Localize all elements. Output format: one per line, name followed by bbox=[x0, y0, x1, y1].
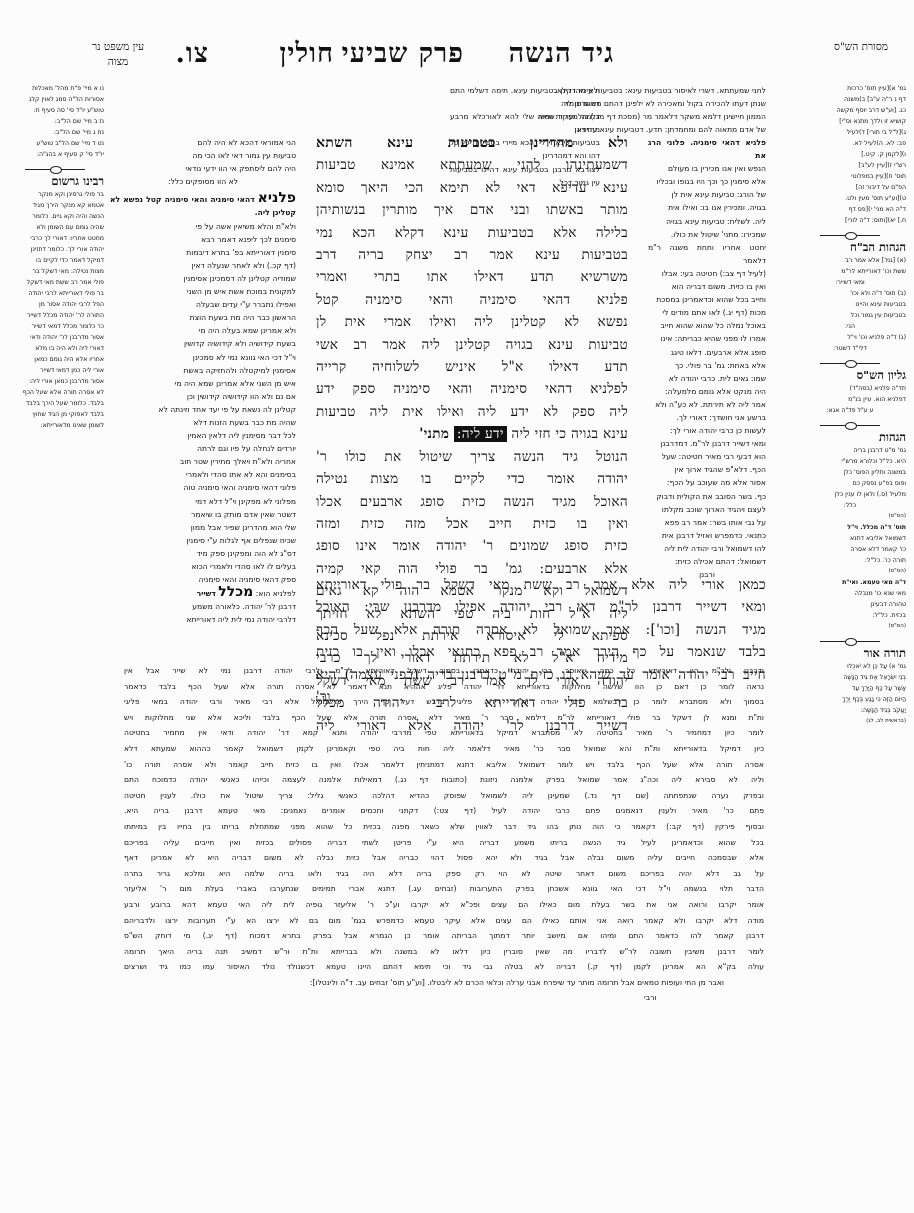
hagahot-line: תורה כו'. כל"ל: bbox=[794, 555, 906, 566]
gershom-line: בר פולי דאורייתא לרבי יהודה bbox=[6, 288, 104, 299]
rashi-line: אמרו לו מפני שהיא כבריתה: אינו bbox=[648, 332, 766, 345]
torah-or: גמ' א) עַל כֵּן לֹא יֹאכְלוּ בְנֵי יִשְׂ… bbox=[794, 661, 906, 727]
gershom-line: בלבד. כלומר שעל הירך בלבד bbox=[6, 398, 104, 409]
hagahot-line: (הס"ס) bbox=[794, 566, 906, 577]
gemara-line: פלניא דהאי סימניה והאי סימניה קטל bbox=[316, 289, 628, 311]
bach-title: הגהות הב"ח bbox=[794, 242, 906, 253]
rashi-line: שמו: גאים לית. כרבי יהודה לא bbox=[648, 372, 766, 385]
tosafot-line: שלי הוא מהדרינן שפיר אבל ממון bbox=[110, 521, 296, 534]
bottom-catchword: ורבי bbox=[124, 990, 764, 1006]
bottom-line: נראה לומר כן דאם כן הוו שלשה מחלוקות בדא… bbox=[124, 679, 764, 695]
tosafot-line: אם נם ולא הוו קידושיה קידושין וכן bbox=[110, 390, 296, 403]
gemara-text-span: עינא בגויה כי חזי ליה bbox=[511, 426, 628, 442]
bach-line: דלי"ד דשטר: bbox=[794, 343, 906, 354]
rashi-line: פלניא דהאי סימניה. פלוני הרג את bbox=[648, 136, 766, 162]
mesoret-line: ד"ה הא מני' י)[פס דף bbox=[794, 204, 906, 215]
rashi-line: כתנאי. כדמפרש ואזיל דרבנן אית bbox=[648, 529, 766, 542]
tosafot-line: (דף קכ.) ולא לאחר שנעלה דאין bbox=[110, 259, 296, 272]
tosafot-line: בסימנים והא לא אתו סהדי ולאמרי bbox=[110, 468, 296, 481]
tosafot-text-span: לפלניא הוא: bbox=[256, 589, 296, 598]
tosafot-line: סימנים לכך ליפנא דאמר רבא bbox=[110, 233, 296, 246]
rashi-line: דשמואל: דהתם אכילה כזית: bbox=[648, 555, 766, 568]
gemara-line: כמאן אורי ליה אלא אמר רב ששת מאי דשקל בר… bbox=[316, 574, 766, 596]
gershom-line: פולי אמר רב ששת מאי דשקל bbox=[6, 277, 104, 288]
mesoret-line: כג. [וע"ש דרב יוסף מקשה bbox=[794, 105, 906, 116]
gilyon-line: דפלניא הוא. עיין בנ"מ bbox=[794, 394, 906, 405]
tosafot-line: לכל דבר מסימנין ליה דלאין האמין bbox=[110, 429, 296, 442]
tosafot-line: ספק דהאי סימניה והאי סימניה bbox=[110, 573, 296, 586]
mesoret-line: ו)[לקמן ק. קיט.] bbox=[794, 149, 906, 160]
tosafot-line: לא הוו מסופקים כלל: bbox=[110, 175, 296, 188]
rashi-line: (לעיל דף צב:) חטיטה בעי: אבלו bbox=[648, 267, 766, 280]
gemara-line: טביעות עינא בגויה קטלינן ליה אמר רב אשי bbox=[316, 334, 628, 356]
ein-mishpat-heading: עין משפט נר מצוה bbox=[88, 40, 148, 70]
ein-mishpat-line: יו"ד סי' ק סעיף א בהג"ה: bbox=[6, 149, 104, 160]
bach-line: בטביעות עין גמור וכל bbox=[794, 310, 906, 321]
bach-line: ששת וכו' דאורייתא לר"מ bbox=[794, 266, 906, 277]
ornament-divider-icon bbox=[820, 638, 880, 644]
gershom-line: הפל לרבי יהודה אסור מן bbox=[6, 299, 104, 310]
hagahot-line: במשנה ותליון הפוס' כלן bbox=[794, 467, 906, 478]
hagahot-line: (הס"ס) bbox=[794, 621, 906, 632]
tosafot-line: פלניא דהאי סימניה והאי סימניה קטל נפשא ל… bbox=[110, 192, 296, 219]
ein-mishpat: נו א מיי' פ"ח מהל' מאכלות אסורות הל"ה סמ… bbox=[6, 83, 104, 160]
gershom-line: בלבד לאפוקי מן הגיד שחוץ bbox=[6, 409, 104, 420]
rashi-line: כף. בשר הסובב את הקולית ודבוק bbox=[648, 490, 766, 503]
tosafot-line: דס"ג לא הוה ומפקינן ספק מיד bbox=[110, 547, 296, 560]
rashi-line: סופג אלא ארבעים. דלאו טיגג bbox=[648, 346, 766, 359]
mesoret-line: תוס' ח)[עיין במפלוטי bbox=[794, 171, 906, 182]
gemara-line: תדע דאילו א"ל איניש לשלוחיה קרייה bbox=[316, 356, 628, 378]
mishnah-line: כזית סופג שמונים ר' יהודה אומר אינו סופג bbox=[316, 535, 628, 557]
rashi-column: פלניא דהאי סימניה. פלוני הרג את הנפש ואי… bbox=[648, 136, 766, 581]
mishnah-line: יהודה אומר כדי לקיים בו מצות נטילה bbox=[316, 468, 628, 490]
torah-or-line: גמ' א) עַל כֵּן לֹא יֹאכְלוּ bbox=[794, 661, 906, 672]
rashi-line: יחטט אחריו ותחת משנה ר"מ דלאמר bbox=[648, 241, 766, 267]
tosafot-line: מפלוני לא מפקינן וי"ל דלא דמי bbox=[110, 495, 296, 508]
mesoret-hashas: גמ' א)[עיין תוס' כרכות דף נ ר"ה ע"ב] ב)מ… bbox=[794, 83, 906, 226]
torah-or-line: (בראשית לב, לג) bbox=[794, 716, 906, 727]
gemara-line: מותר באשתו ובני אדם איך מותרין בנשותיהן bbox=[316, 199, 628, 221]
gershom-line: אטמא קא מנקר הירך מגיד bbox=[6, 200, 104, 211]
tosafot-column: הני אמוראי דהכא לא היה להם טביעות עין גמ… bbox=[110, 84, 296, 626]
bach-line: בטביעות עינא והיינו bbox=[794, 299, 906, 310]
tosafot-line: הראשון כבר היה מת בשעת הוצת bbox=[110, 311, 296, 324]
rashi-line: אסור אלא מה שעוכב על הכף: bbox=[648, 476, 766, 489]
bottom-line: לומר דרבנן משיבין תשובה לר"ש לדבריו מה ש… bbox=[124, 944, 764, 960]
gershom-line: אורי ליה כמן דמאי דשייר bbox=[6, 365, 104, 376]
gershom-line: שהיה גומם עם השומן ולא bbox=[6, 222, 104, 233]
hagahot-line: טהורה דבעינן bbox=[794, 599, 906, 610]
bottom-line: בכל שהוא וכדאמרינן לעיל גיד הנשה בריתו מ… bbox=[124, 835, 764, 851]
tosafot-line: בעלים לו לאו סהדי ולאמרי הכוא bbox=[110, 560, 296, 573]
gershom-line: התורה לר' יהודה מכלל דשייר bbox=[6, 310, 104, 321]
gilyon-title: גליון הש"ס bbox=[794, 370, 906, 381]
rabbeinu-gershom: בר פולי גרסינן וקא מנקר אטמא קא מנקר היר… bbox=[6, 189, 104, 431]
tosafot-dibbur-hamatchil: מכלל bbox=[218, 584, 253, 600]
gemara-line: עינא בגויה כי חזי ליה ידע ליה: מתני' bbox=[316, 423, 628, 445]
tosafot-line: דשטר שאין אדם מותק בו שיאמר bbox=[110, 508, 296, 521]
mesoret-line: קושיא זו ולדך מתנא וס"י] bbox=[794, 116, 906, 127]
tosafot-dibbur-rest: דשייר bbox=[197, 589, 216, 598]
mesoret-line: גמ' א)[עיין תוס' כרכות bbox=[794, 83, 906, 94]
bottom-line: הדבר תלוי בנשמה וי"ל דכי האי גוונא אשכחן… bbox=[124, 881, 764, 897]
bach-line: ומאי דשייר: bbox=[794, 277, 906, 288]
hagahot-line: בכזית. כל"ל: bbox=[794, 610, 906, 621]
rashi-line: הוא דבעי רבי מאיר חטיטה: שעל bbox=[648, 450, 766, 463]
tosafot-line: ולא אמרינן שמא בעלה היה מי bbox=[110, 324, 296, 337]
mesoret-line: ט)[וע"ע תוס' מעין ולט. bbox=[794, 193, 906, 204]
gershom-line: אחריו אלא היה גומם כמאן bbox=[6, 354, 104, 365]
mishnah-line: ואין בו כזית חייב אכל מזה כזית ומזה bbox=[316, 513, 628, 535]
rashi-line: של הורג: טביעות עינא אית לן bbox=[648, 188, 766, 201]
tosafot-line: יורדים לנחלה על פיו וגם לרתה bbox=[110, 442, 296, 455]
bottom-line: ובפרק נערה שנתפתתה (שם דף נד.) שמעינן לי… bbox=[124, 788, 764, 804]
mesoret-hashas-heading: מסורת הש"ס bbox=[826, 40, 896, 55]
tosafot-line: דלרבי יהודה נמי לית ליה דאורייתא bbox=[110, 613, 296, 626]
bottom-line: פתם כר' מאיר ולענין דנאמנים פתם כרבי יהו… bbox=[124, 803, 764, 819]
boxed-phrase: ידע ליה: bbox=[454, 426, 507, 442]
mesoret-line: פב: לא. ה)לעיל לא. bbox=[794, 138, 906, 149]
mesoret-line: דף נ ר"ה ע"ב] ב)משנה bbox=[794, 94, 906, 105]
rashi-line: וחייב בכל שהוא וכדאמרינן במסכת bbox=[648, 293, 766, 306]
tosafot-bottom: ודרבנן ולר"מ הוי דאורייתא כל כמה שאוסר ר… bbox=[124, 663, 764, 1006]
tosafot-line: טביעות עין גמור דאי לאו הכי מה bbox=[110, 149, 296, 162]
tosafot-line: ולא"ת והלא משיאין אשה על פי bbox=[110, 220, 296, 233]
chapter-number: פרק שביעי bbox=[342, 38, 464, 69]
mesoret-line: ח.] יא)[ותוס: ד"ה לורי] bbox=[794, 215, 906, 226]
rashi-line: ברשע אני חושדך: דאורי לך. bbox=[648, 411, 766, 424]
bottom-line: ובסוף פירקין (דף קב:) דקאמר כי הוה נותן … bbox=[124, 819, 764, 835]
gershom-line: אסור מדרבנן כמאן אורי ליה: bbox=[6, 376, 104, 387]
tosafot-line: הני אמוראי דהכא לא היה להם bbox=[110, 136, 296, 149]
tosafot-line: ולא מהדרינן בטביעות עינא. תימה דשלמי התם… bbox=[450, 84, 600, 110]
mesoret-line: ג)[ל"ל בי תורי] ד)לעיל bbox=[794, 127, 906, 138]
tosafot-line: ואפילו נתברר ע"י עדים שבעלה bbox=[110, 298, 296, 311]
bottom-line: וליה לא סבירא ליה וכה"ג אמר שמואל בפרק א… bbox=[124, 772, 764, 788]
tosafot-line: וי"ל דכי האי גוונא נמי לא סמכינן bbox=[110, 351, 296, 364]
rashi-line: אלא באחת: גמ' בר פולי. כך bbox=[648, 359, 766, 372]
tractate-name: חולין bbox=[280, 38, 334, 69]
hagahot-line: היא. כל"ל וכלורא מרש"י bbox=[794, 456, 906, 467]
tosafot-line: לצורבא מרבנן בטביעות עינא דהיינו בטביעות… bbox=[450, 163, 600, 189]
rashi-line: להו דשמואל ורבי יהודה לית ליה bbox=[648, 542, 766, 555]
hagahot-line: ד"ה מאי טעמא. ואי"ת bbox=[794, 577, 906, 588]
gershom-line: מצות נטילה: מאי דשקל בר bbox=[6, 266, 104, 277]
bach-line: (ג) ד"ה פלניא וכו' וי"ל bbox=[794, 332, 906, 343]
ein-mishpat-line: נח ג מיי' שם הל"ב: bbox=[6, 127, 104, 138]
ein-mishpat-line: נז ב מיי' שם הל"ב: bbox=[6, 116, 104, 127]
ornament-divider-icon bbox=[820, 232, 880, 238]
hagahot-line: גמ' מ"ט דרבנן בריה bbox=[794, 445, 906, 456]
ornament-divider-icon bbox=[25, 166, 85, 172]
bottom-line: אלא שבסמכה חייבים עליה משום נבלה אבל בגי… bbox=[124, 850, 764, 866]
ornament-divider-icon bbox=[820, 360, 880, 366]
tosafot-line: בשעת קידושיה ולא קידושיה קדושין bbox=[110, 337, 296, 350]
torah-or-line: אֲשֶׁר עַל כַּף הַיָּרֵךְ עַד bbox=[794, 683, 906, 694]
rashi-line: ומאי דשייר דרבנן לר"מ. דמדרבנן bbox=[648, 437, 766, 450]
hagahot-line: מאי שנא כו' מנבלה bbox=[794, 588, 906, 599]
gemara-line: ליה ספק לא ידע ליה ואילו אית ליה טביעות bbox=[316, 401, 628, 423]
rashi-line: לעצם ויהגיד הארוך שוכב מקלתו bbox=[648, 503, 766, 516]
hagahot-line: (הס"ס) bbox=[794, 511, 906, 522]
gilyon-hashas: תד"ה פלניא (בסה"ד) דפלניא הוא. עיין בנ"מ… bbox=[794, 383, 906, 416]
rashi-line: בגויה. ומכירין אנו בו: ואילו אית bbox=[648, 201, 766, 214]
tosafot-top: ולא מהדרינן בטביעות עינא. תימה דשלמי התם… bbox=[450, 84, 600, 189]
bottom-last-line: ואבר מן החי ועופות טמאים אבל תרומה מותר … bbox=[124, 975, 764, 991]
gemara-line: משרשיא תדע דאילו אתו בתרי ואמרי bbox=[316, 266, 628, 288]
bottom-line: עולה בק"א הא אמרינן לקמן (דף ק.) דבריה ל… bbox=[124, 959, 764, 975]
rashi-line: באוכל נמלה כל שהוא שהוא חייב bbox=[648, 319, 766, 332]
hagahot-line: כלל: bbox=[794, 500, 906, 511]
folio-number: צו. bbox=[176, 38, 209, 69]
tosafot-line: שכיח שנפלים אף לגלות ע"י סימנין bbox=[110, 534, 296, 547]
rashi-line: לעשות כן כרבי יהודה אורי לך: bbox=[648, 424, 766, 437]
bottom-line: מודה דלא יקרבו ולא קאמר רואה אני אותם כא… bbox=[124, 913, 764, 929]
gershom-line: בר פולי גרסינן וקא מנקר bbox=[6, 189, 104, 200]
tosafot-line: דרבנן לר' יהודה. כלאורה משמע bbox=[110, 600, 296, 613]
rashi-line: ליה. לשליח: טביעות עינא בגויה bbox=[648, 215, 766, 228]
hagahot-title: הגהות bbox=[794, 432, 906, 443]
bottom-line: דרבנן קאמר להו כדאמר התם ומיהו אם מיושב … bbox=[124, 928, 764, 944]
rashi-line: הכף. דלא"פ שהגיד ארוך אין bbox=[648, 463, 766, 476]
mishnah-marker: מתני' bbox=[419, 426, 449, 442]
mesoret-line: רש"י ז)[עיין לע"ב] bbox=[794, 160, 906, 171]
gilyon-line: ע ע"ל פד"ה אגא: bbox=[794, 405, 906, 416]
torah-or-line: הַיּוֹם הַזֶּה כִּי נָגַע בְּכַף יֶרֶךְ bbox=[794, 694, 906, 705]
rashi-line: הנפש ואין אנו מכירין בו מעולם bbox=[648, 162, 766, 175]
gershom-line: יהודה אורי לך. כלומר דחזינן bbox=[6, 244, 104, 255]
bottom-line: אומר יקרבו ורואה אני את בשר בעלת מום כאי… bbox=[124, 897, 764, 913]
ein-mishpat-line: טוש"ע יו"ד סי' סה סעיף ח: bbox=[6, 105, 104, 116]
hagahot-line: ופוס בפ"ע נפסק כם bbox=[794, 478, 906, 489]
bottom-line: על גב דלא יהיה בפריכם משום דאחר שיטה לא … bbox=[124, 866, 764, 882]
gershom-line: הנשה והיה וקא גיים. כלומר bbox=[6, 211, 104, 222]
right-margin: גמ' א)[עיין תוס' כרכות דף נ ר"ה ע"ב] ב)מ… bbox=[794, 83, 906, 727]
tosafot-line: לפלניא הוא: מכלל דשייר bbox=[110, 586, 296, 600]
hagahot-line: מלעיל (ס.) ולאן לו ענין כלן bbox=[794, 489, 906, 500]
tosafot-line: לתקונית במוכת אשת איש מן השני bbox=[110, 285, 296, 298]
rashi-line: היה מנקט אלא גומם מלמעלה: bbox=[648, 385, 766, 398]
gershom-title: רבינו גרשום bbox=[6, 176, 104, 187]
bottom-line: בסמוך ולא מסתברא לומר כן דבשלמא רבי יהוד… bbox=[124, 694, 764, 710]
gershom-line: לשומן שאינו מדאורייתא: bbox=[6, 420, 104, 431]
bottom-line: ות"ת ומנא לן דשקל בר פולי דאורייתא לר"מ … bbox=[124, 710, 764, 726]
ein-mishpat-line: נו א מיי' פ"ח מהל' מאכלות bbox=[6, 83, 104, 94]
gemara-line: בלילה אלא בטביעות עינא דקלא הכא נמי bbox=[316, 222, 628, 244]
bach-line: הני: bbox=[794, 321, 906, 332]
tosafot-line: איש מן השני אלא אמרינן שמא היה מי bbox=[110, 377, 296, 390]
tosafot-line: אסימנין למיקטלה ולהחזיקה באשת bbox=[110, 364, 296, 377]
gilyon-line: תד"ה פלניא (בסה"ד) bbox=[794, 383, 906, 394]
bottom-line: כיון דמיקל בדאורייתא ות"ת והא שמואל סבר … bbox=[124, 741, 764, 757]
rashi-line: אמר ליה לא תירתת. לא כע"ה ולא bbox=[648, 398, 766, 411]
hagahot-line: תוס' ד"ה מכלל. וי"ל bbox=[794, 522, 906, 533]
gemara-line: לפלניא דהאי סימניה והאי סימניה ספק ידע bbox=[316, 378, 628, 400]
bach-line: (ב) תוס' ד"ה ולא וכו' bbox=[794, 288, 906, 299]
torah-or-line: יַעֲקֹב בְּגִיד הַנָּשֶׁה: bbox=[794, 705, 906, 716]
gershom-line: מחטט אחריו: דאורי לך כרבי bbox=[6, 233, 104, 244]
tosafot-line: דלמה מפקר שמיה שלי להא לאורכלא מרבע מהדר… bbox=[450, 110, 600, 136]
bottom-line: ודרבנן ולר"מ הוי דאורייתא כל כמה שאוסר ר… bbox=[124, 663, 764, 679]
gershom-line: אסור מדרבנן לר' יהודה ודאי bbox=[6, 332, 104, 343]
gershom-line: כו' כלומר מכלל דמאי דשייר bbox=[6, 321, 104, 332]
tosafot-line: היה להם ליסתפק אי הוו ידעי נודאי bbox=[110, 162, 296, 175]
torah-or-line: בְנֵי יִשְׂרָאֵל אֶת גִּיד הַנָּשֶׁה bbox=[794, 672, 906, 683]
ein-mishpat-line: נט ד מיי' שם הל"ב טוש"ע bbox=[6, 138, 104, 149]
ornament-divider-icon bbox=[820, 422, 880, 428]
tosafot-line: שמודיה קטלינן לה דסמכינן אסימנין bbox=[110, 272, 296, 285]
bottom-line: לומר כיון דמחמיר ר' מאיר בחטיטה לא מסתבר… bbox=[124, 725, 764, 741]
hagahot-line: כו' קאמר דלא אסרה bbox=[794, 544, 906, 555]
gemara-line: בטביעות עינא אמר רב יצחק בריה דרב bbox=[316, 244, 628, 266]
hagahot: גמ' מ"ט דרבנן בריה היא. כל"ל וכלורא מרש"… bbox=[794, 445, 906, 632]
bach-line: (א) [גמ'] אלא אמר רב bbox=[794, 255, 906, 266]
tosafot-line: בטביעות עינא וי"ל דהכא מיירי בטביעות עין… bbox=[450, 136, 600, 162]
mesoret-line: הפ"ם על דיבור זה] bbox=[794, 182, 906, 193]
mishnah-line: האוכל מגיד הנשה כזית סופג ארבעים אכלו bbox=[316, 491, 628, 513]
torah-or-title: תורה אור bbox=[794, 648, 906, 659]
hagahot-habach: (א) [גמ'] אלא אמר רב ששת וכו' דאורייתא ל… bbox=[794, 255, 906, 354]
hagahot-line: דשמואל אליבא דתנא bbox=[794, 533, 906, 544]
left-margin: נו א מיי' פ"ח מהל' מאכלות אסורות הל"ה סמ… bbox=[6, 83, 104, 431]
gemara-line: בלבד שנאמר על כף הירך אמר רב פפא כתנאי א… bbox=[316, 641, 766, 663]
chapter-name: גיד הנשה bbox=[509, 38, 614, 69]
tosafot-line: קטלינן לה נשאת על פי יעד אחד וזינתה לא bbox=[110, 403, 296, 416]
gershom-line: דאורי ליה ולא היה בו מלא bbox=[6, 343, 104, 354]
gemara-line: נפשא לא קטלינן ליה ואילו אמרי אית לן bbox=[316, 311, 628, 333]
ein-mishpat-line: אסורות הל"ה סמג לאוין קלג bbox=[6, 94, 104, 105]
rashi-line: שמכירו: מתני' שיטול את כולו. bbox=[648, 228, 766, 241]
gershom-line: לא אסרה תורה אלא שעל הכף bbox=[6, 387, 104, 398]
tosafot-line: סימנין דאורייתא בפ' בתרא דיבמות bbox=[110, 246, 296, 259]
tosafot-dibbur-hamatchil: פלניא bbox=[258, 190, 296, 206]
tosafot-line: אחריה ולא"ת ויאלך מתירין שטר חוב bbox=[110, 455, 296, 468]
gershom-line: דמיקל דאמר כדי לקיים בו bbox=[6, 255, 104, 266]
rashi-line: ואין בו כזית. משום דבריה הוא bbox=[648, 280, 766, 293]
rashi-line: מכות (דף יג.) לאו אתם מודים לי bbox=[648, 306, 766, 319]
rashi-line: אלא סימנין כך וכך היו בגופו ובכליו bbox=[648, 175, 766, 188]
tosafot-line: פלוני דהאי סימניה והאי סימניה טוה bbox=[110, 481, 296, 494]
tosafot-line: שהיה מת כבר בשעת הזנות דלא bbox=[110, 416, 296, 429]
mishnah-line: הנוטל גיד הנשה צריך שיטול את כולו ר' bbox=[316, 446, 628, 468]
gemara-line: ומאי דשייר דרבנן לר"מ דאי רבי יהודה אפיל… bbox=[316, 596, 766, 618]
rashi-line: על גבי אותו בשר: אמר רב פפא bbox=[648, 516, 766, 529]
gemara-line: מגיד הנשה [וכו']: אמר שמואל לא אסרה תורה… bbox=[316, 619, 766, 641]
bottom-line: אסרה תורה אלא שעל הכף בלבד ויש לומר דשמו… bbox=[124, 757, 764, 773]
